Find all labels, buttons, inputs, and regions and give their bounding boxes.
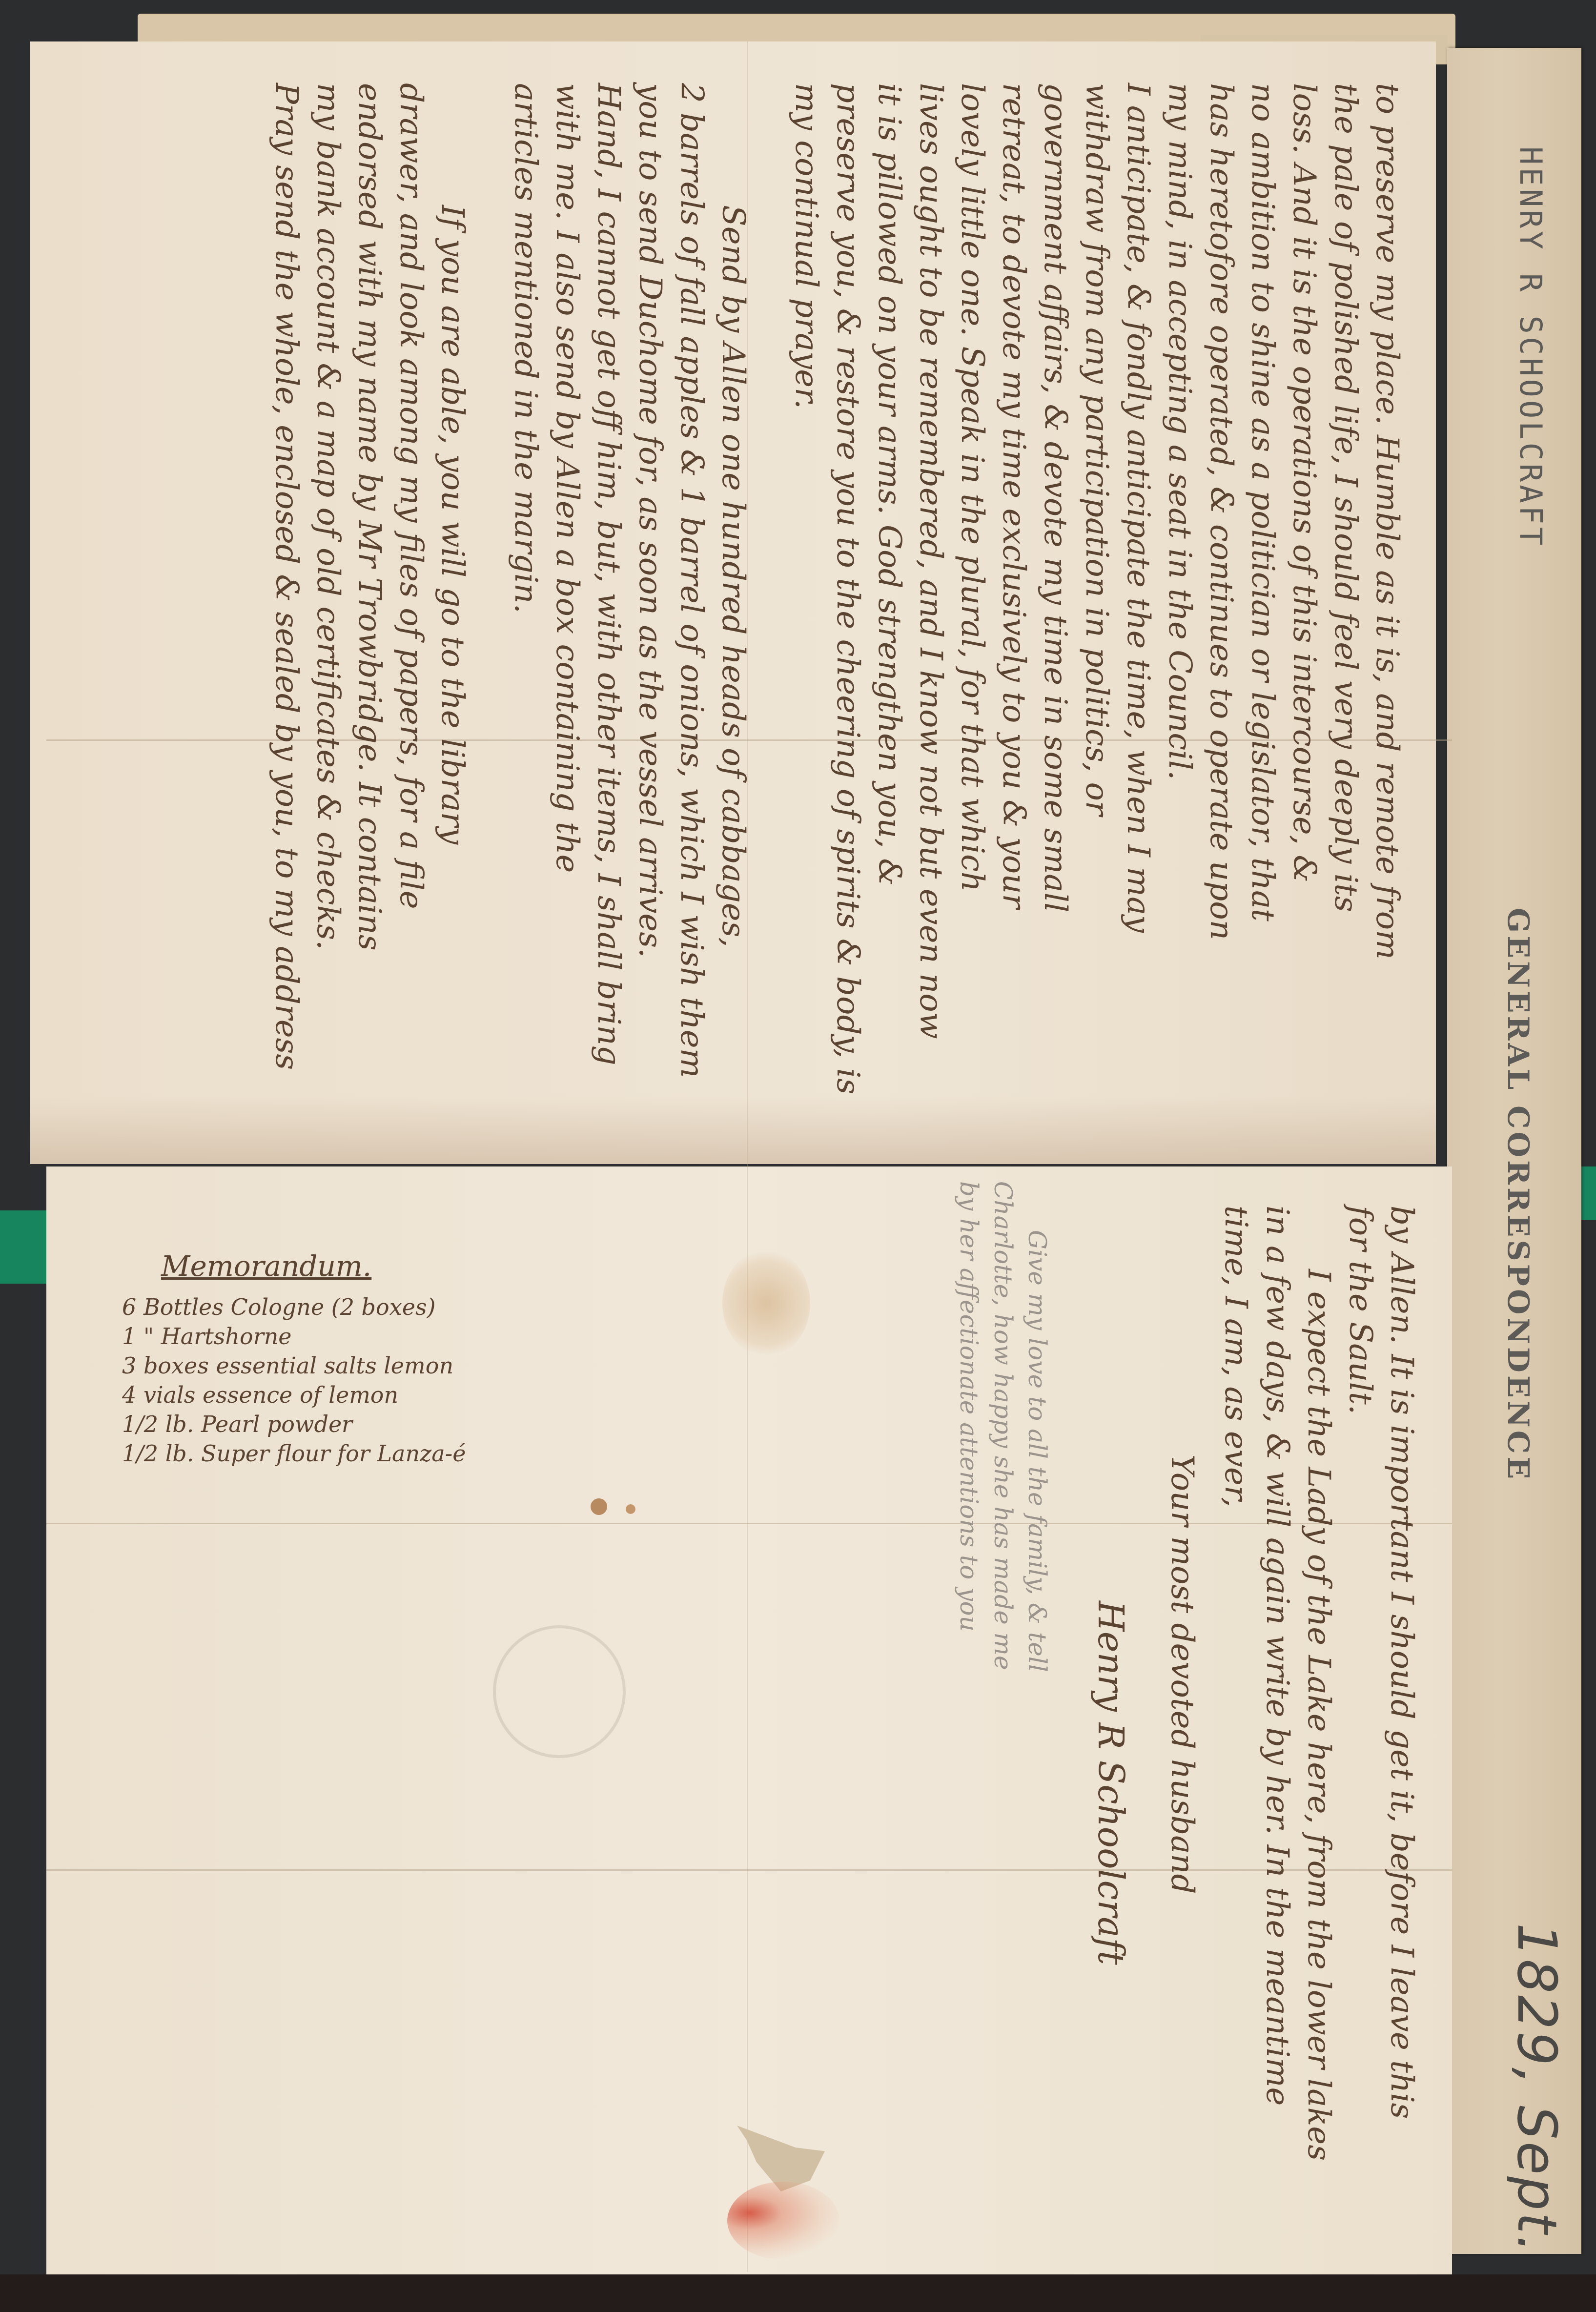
ink-spot xyxy=(591,1498,607,1515)
memorandum-item: 1/2 lb. Super flour for Lanza-é xyxy=(122,1439,561,1468)
letter-line: the pale of polished life, I should feel… xyxy=(1330,83,1361,912)
letter-line: my mind, in accepting a seat in the Coun… xyxy=(1164,83,1195,780)
memo-unit: vials xyxy=(143,1382,195,1408)
letter-line: endorsed with my name by Mr Trowbridge. … xyxy=(354,83,385,951)
letter-line: lovely little one. Speak in the plural, … xyxy=(957,83,988,892)
letter-line: you to send Duchome for, as soon as the … xyxy=(634,83,666,958)
signature: Henry R Schoolcraft xyxy=(1093,1601,1128,1965)
letter-line: Hand, I cannot get off him, but, with ot… xyxy=(593,83,624,1065)
letter-line: government affairs, & devote my time in … xyxy=(1040,83,1071,912)
ink-spot xyxy=(626,1504,635,1514)
memo-unit: Bottles xyxy=(143,1294,224,1320)
letter-line: If you are able, you will go to the libr… xyxy=(437,205,468,844)
letter-line: my continual prayer. xyxy=(791,83,822,409)
memo-item-name: Pearl powder xyxy=(201,1411,352,1437)
letter-line: with me. I also send by Allen a box cont… xyxy=(552,83,583,873)
letter-line: lives ought to be remembered, and I know… xyxy=(915,83,946,1039)
memo-item-name: Cologne (2 boxes) xyxy=(231,1294,436,1320)
letter-line: preserve you, & restore you to the cheer… xyxy=(832,83,863,1094)
letter-line: articles mentioned in the margin. xyxy=(510,83,541,614)
letter-line: by Allen. It is important I should get i… xyxy=(1386,1206,1417,2119)
letter-line: Send by Allen one hundred heads of cabba… xyxy=(717,205,749,947)
memorandum-item: 1/2 lb. Pearl powder xyxy=(122,1410,561,1439)
folder-category-stamp: GENERAL CORRESPONDENCE xyxy=(1501,908,1535,1482)
letter-line: time, I am, as ever, xyxy=(1220,1206,1251,1507)
letter-line: withdraw from any participation in polit… xyxy=(1081,83,1112,816)
letter-line: 2 barrels of fall apples & 1 barrel of o… xyxy=(676,83,707,1078)
memorandum-item: 4 vials essence of lemon xyxy=(122,1380,561,1410)
letter-line: drawer, and look among my files of paper… xyxy=(395,83,427,909)
closing-salutation: Your most devoted husband xyxy=(1166,1454,1198,1894)
green-divider-tab-right xyxy=(1580,1166,1596,1220)
memo-qty: 1/2 xyxy=(122,1411,158,1437)
memorandum-title: Memorandum. xyxy=(161,1249,561,1283)
memo-unit: " xyxy=(143,1323,154,1350)
letter-line: my bank account & a map of old certifica… xyxy=(312,83,344,950)
letter-line: for the Sault. xyxy=(1345,1206,1376,1414)
memo-qty: 1/2 xyxy=(122,1440,158,1467)
memorandum-item: 1 " Hartshorne xyxy=(122,1322,561,1351)
letter-line: retreat, to devote my time exclusively t… xyxy=(998,83,1029,909)
memo-unit: lb. xyxy=(165,1411,194,1437)
memo-unit: boxes xyxy=(143,1352,209,1379)
memo-item-name: essential salts lemon xyxy=(216,1352,453,1379)
letter-line: to preserve my place. Humble as it is, a… xyxy=(1371,83,1403,960)
folder-name-stamp: HENRY R SCHOOLCRAFT xyxy=(1513,146,1549,548)
memo-unit: lb. xyxy=(165,1440,194,1467)
memo-qty: 3 xyxy=(122,1352,136,1379)
memo-item-name: essence of lemon xyxy=(203,1382,398,1408)
letter-line: I expect the Lady of the Lake here, from… xyxy=(1303,1269,1334,2161)
letter-line: I anticipate, & fondly anticipate the ti… xyxy=(1123,83,1154,933)
letter-line: Pray send the whole, enclosed & sealed b… xyxy=(271,83,302,1070)
memorandum-list: Memorandum. 6 Bottles Cologne (2 boxes) … xyxy=(122,1249,561,1468)
paper-fold-line xyxy=(46,1869,1452,1871)
scan-backdrop-bottom xyxy=(0,2274,1596,2312)
pencil-postscript-line: by her affectionate attentions to you xyxy=(957,1181,981,1632)
memo-item-name: Hartshorne xyxy=(161,1323,292,1350)
memo-qty: 6 xyxy=(122,1294,136,1320)
memo-qty: 1 xyxy=(122,1323,136,1350)
memo-qty: 4 xyxy=(122,1382,136,1408)
letter-line: it is pillowed on your arms. God strengt… xyxy=(874,83,905,886)
letter-line: no ambition to shine as a politician or … xyxy=(1247,83,1278,921)
letter-line: loss. And it is the operations of this i… xyxy=(1289,83,1320,882)
faint-postmark xyxy=(493,1625,626,1758)
memorandum-item: 3 boxes essential salts lemon xyxy=(122,1351,561,1380)
paper-fold-line xyxy=(46,1523,1452,1524)
letter-line: in a few days, & will again write by her… xyxy=(1262,1206,1293,2106)
water-stain xyxy=(722,1249,810,1357)
letter-line: has heretofore operated, & continues to … xyxy=(1206,83,1237,940)
memorandum-item: 6 Bottles Cologne (2 boxes) xyxy=(122,1292,561,1322)
pencil-postscript-line: Give my love to all the family, & tell xyxy=(1025,1230,1049,1672)
memo-item-name: Super flour for Lanza-é xyxy=(201,1440,466,1467)
red-wax-seal-residue xyxy=(727,2182,839,2260)
folder-date-note: 1829, Sept. xyxy=(1506,1923,1568,2254)
pencil-postscript-line: Charlotte, how happy she has made me xyxy=(991,1181,1015,1670)
